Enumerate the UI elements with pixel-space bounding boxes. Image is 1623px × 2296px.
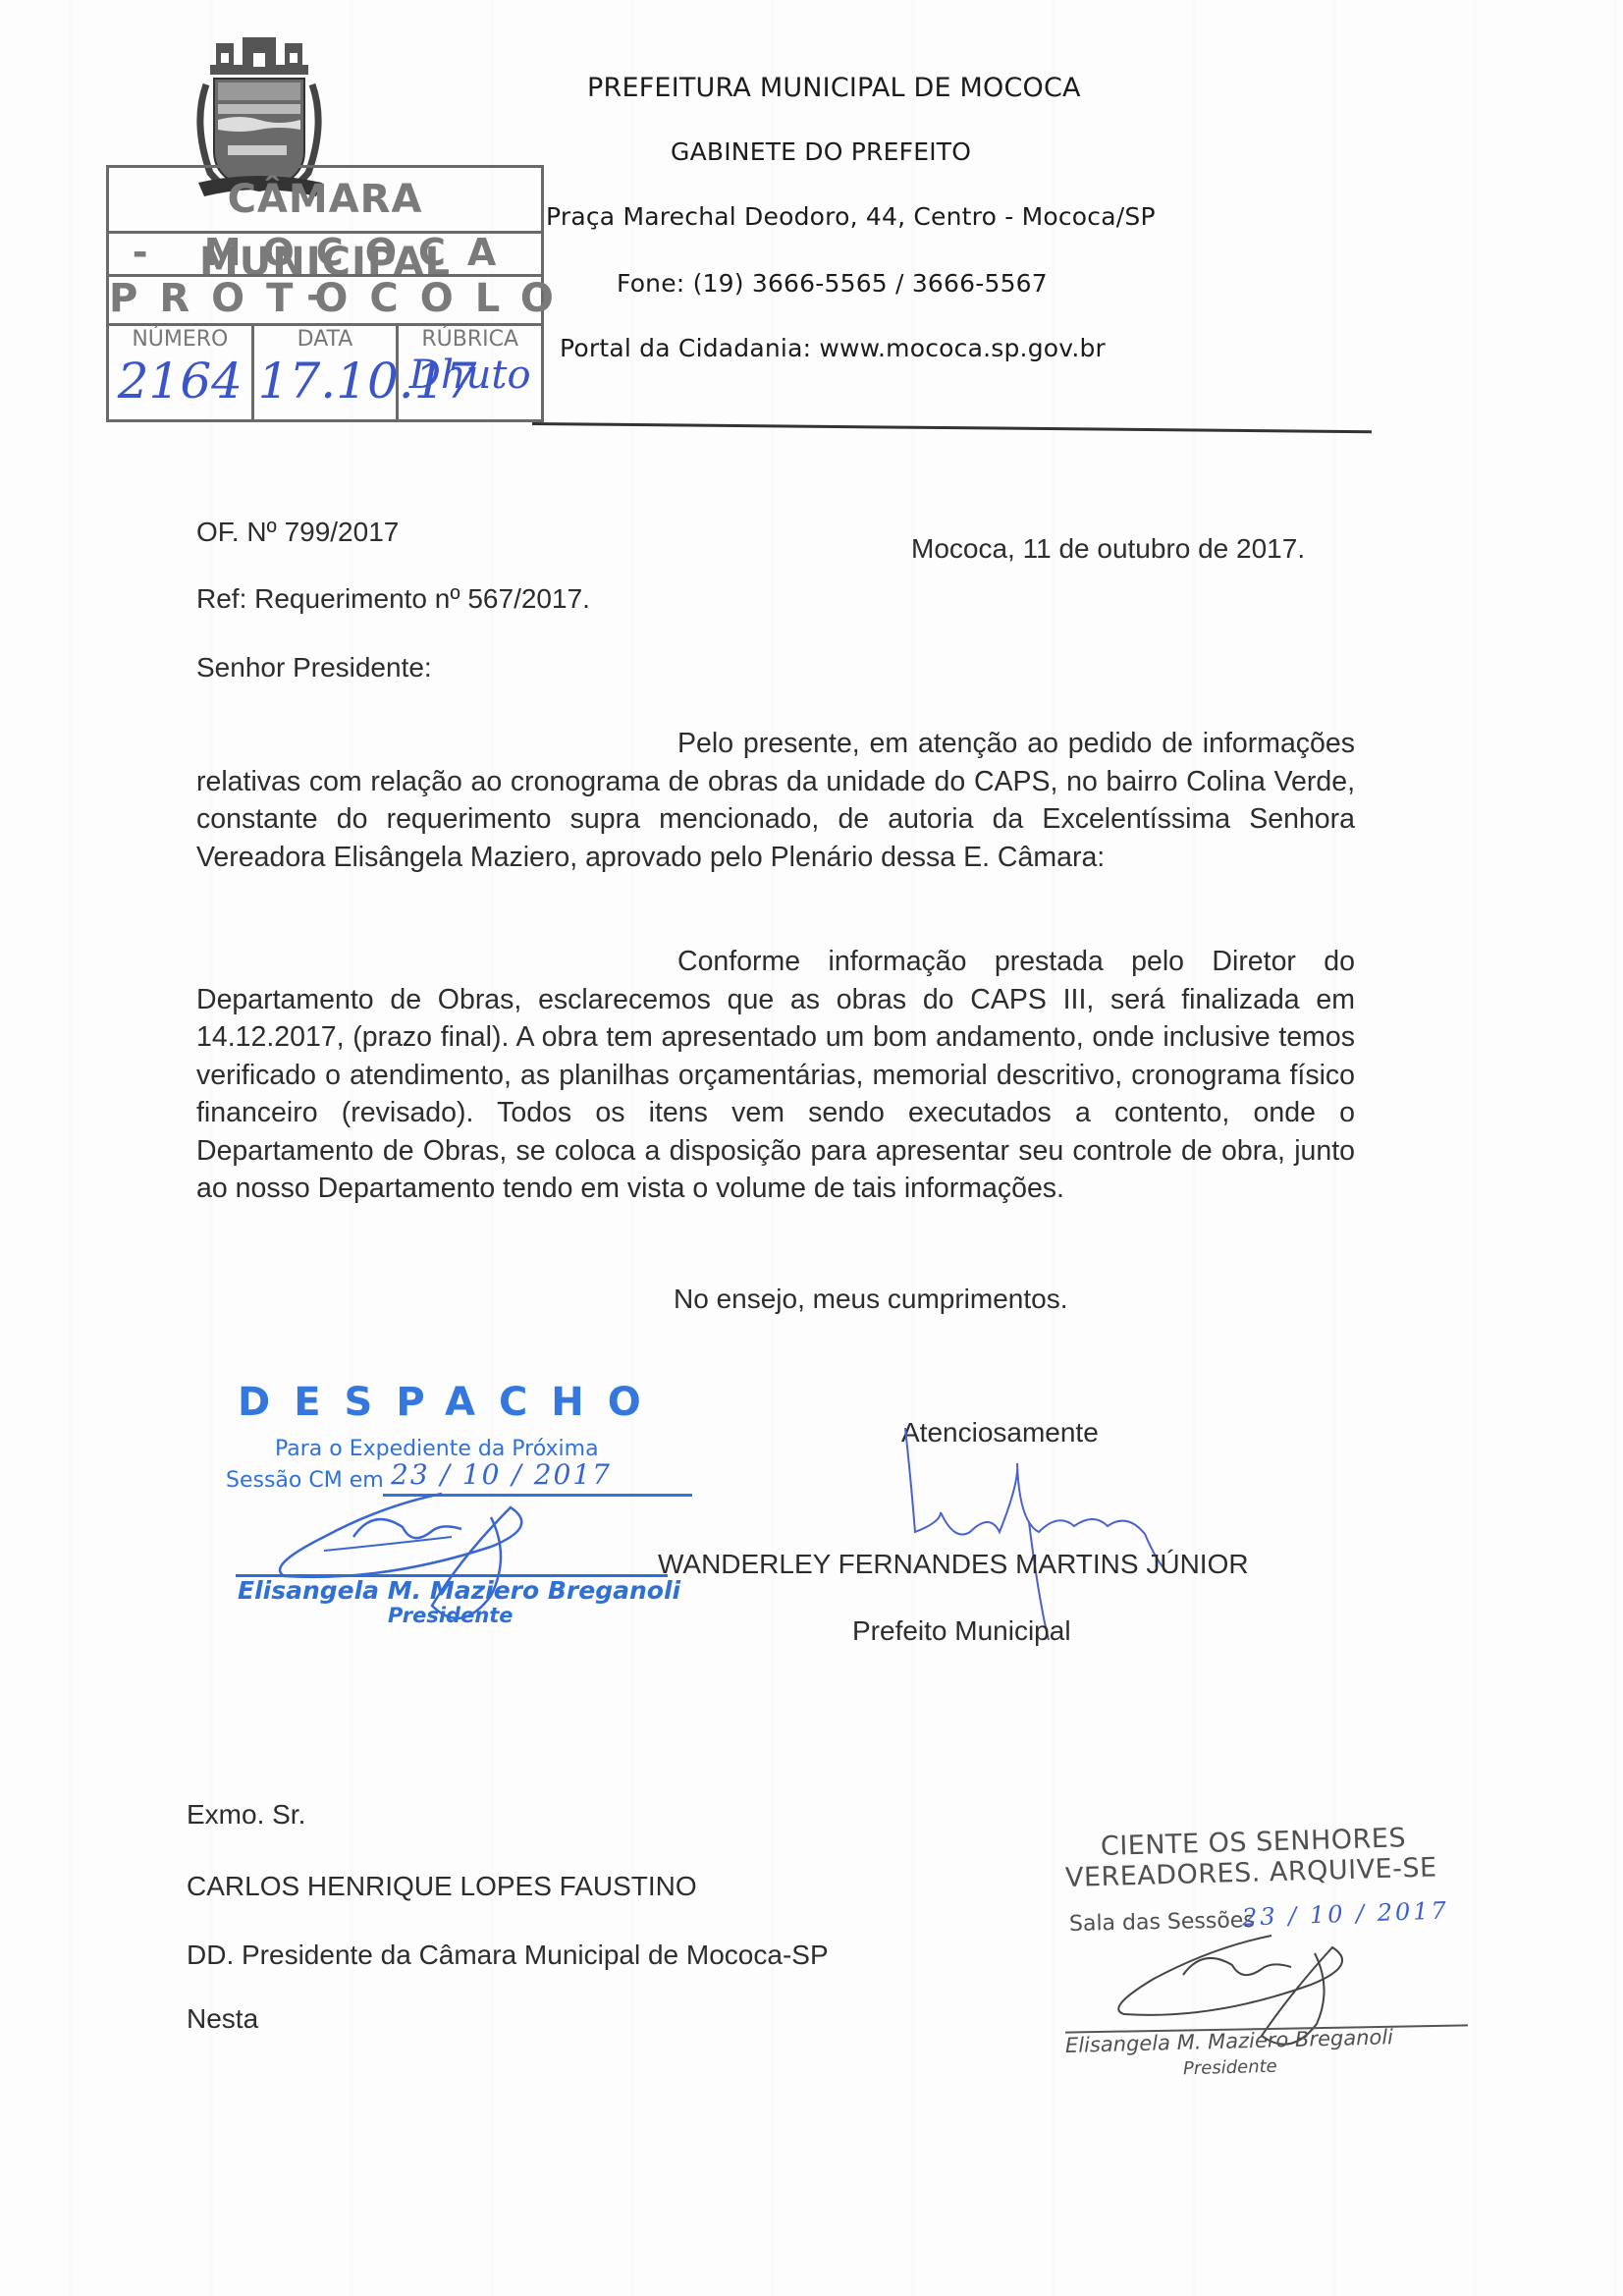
protocol-line-camara: CÂMARA MUNICIPAL xyxy=(109,168,541,234)
protocol-field-rubrica: RÚBRICA Dhuto xyxy=(399,323,541,419)
paragraph-text: Pelo presente, em atenção ao pedido de i… xyxy=(196,728,1355,873)
paragraph-text: Conforme informação prestada pelo Direto… xyxy=(196,946,1355,1204)
protocol-field-value: 17.10.17 xyxy=(258,353,393,410)
header-divider xyxy=(532,422,1372,433)
protocol-field-value: 2164 xyxy=(113,353,247,410)
protocol-line-protocolo: PROTOCOLO xyxy=(109,274,541,326)
despacho-signer-name: Elisangela M. Maziero Breganoli xyxy=(238,1576,680,1605)
place-date: Mococa, 11 de outubro de 2017. xyxy=(911,533,1305,565)
addressee-location: Nesta xyxy=(187,2003,258,2035)
addressee-role: DD. Presidente da Câmara Municipal de Mo… xyxy=(187,1940,829,1971)
despacho-title: DESPACHO xyxy=(238,1380,665,1425)
body-paragraph-1: Pelo presente, em atenção ao pedido de i… xyxy=(196,725,1355,876)
signer-name: WANDERLEY FERNANDES MARTINS JÚNIOR xyxy=(658,1549,1249,1580)
letterhead-phone: Fone: (19) 3666-5565 / 3666-5567 xyxy=(617,269,1048,298)
protocol-field-value: Dhuto xyxy=(403,353,537,398)
ciente-stamp: CIENTE OS SENHORES VEREADORES. ARQUIVE-S… xyxy=(1065,1831,1478,2087)
protocol-field-label: RÚBRICA xyxy=(399,327,541,352)
addressee-title: Exmo. Sr. xyxy=(187,1799,305,1831)
reference: Ref: Requerimento nº 567/2017. xyxy=(196,583,590,615)
ciente-signer-role: Presidente xyxy=(1183,2056,1277,2079)
despacho-handwritten-date: 23 / 10 / 2017 xyxy=(391,1458,612,1491)
letterhead-title: PREFEITURA MUNICIPAL DE MOCOCA xyxy=(587,73,1081,103)
ciente-handwritten-date: 23 / 10 / 2017 xyxy=(1242,1896,1450,1931)
salutation: Senhor Presidente: xyxy=(196,652,432,683)
despacho-signer-role: Presidente xyxy=(388,1604,514,1627)
letterhead-portal: Portal da Cidadania: www.mococa.sp.gov.b… xyxy=(560,334,1106,362)
protocol-field-numero: NÚMERO 2164 xyxy=(109,323,254,419)
protocol-line-mococa: - MOCOCA - xyxy=(109,231,541,277)
addressee-name: CARLOS HENRIQUE LOPES FAUSTINO xyxy=(187,1871,697,1902)
protocol-field-label: NÚMERO xyxy=(109,327,251,352)
despacho-stamp: DESPACHO Para o Expediente da Próxima Se… xyxy=(226,1380,687,1615)
body-paragraph-2: Conforme informação prestada pelo Direto… xyxy=(196,943,1355,1208)
letterhead-address: Praça Marechal Deodoro, 44, Centro - Moc… xyxy=(546,202,1156,231)
protocol-field-label: DATA xyxy=(254,327,397,352)
signer-role: Prefeito Municipal xyxy=(852,1615,1071,1647)
office-number: OF. Nº 799/2017 xyxy=(196,517,399,548)
closing: No ensejo, meus cumprimentos. xyxy=(674,1284,1068,1315)
protocol-stamp: CÂMARA MUNICIPAL - MOCOCA - PROTOCOLO NÚ… xyxy=(106,165,544,422)
letterhead-subtitle: GABINETE DO PREFEITO xyxy=(671,137,971,166)
protocol-field-data: DATA 17.10.17 xyxy=(254,323,400,419)
